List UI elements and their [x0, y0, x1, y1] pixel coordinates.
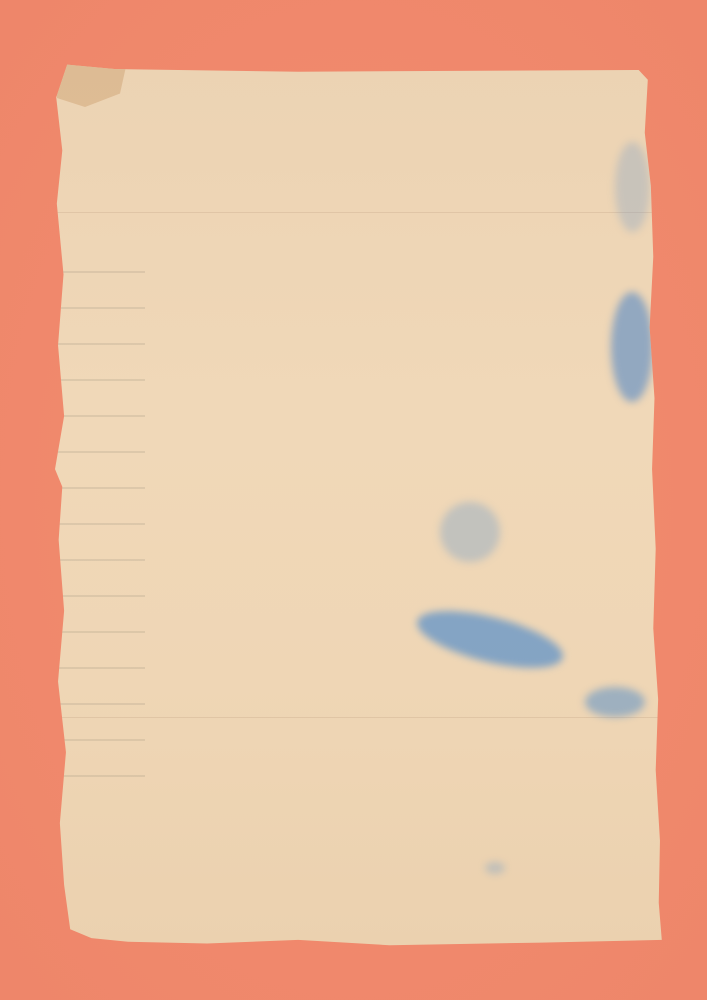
blue-ink-smear: [412, 600, 568, 680]
torn-paper-sheet: [55, 62, 663, 947]
fold-line: [55, 717, 663, 718]
blue-ink-stain-top-right: [615, 142, 650, 232]
blue-ink-stain-middle: [440, 502, 500, 562]
torn-corner-stain: [57, 62, 127, 107]
faded-ruled-strip: [55, 237, 145, 807]
blue-ink-speck-bottom: [485, 862, 505, 874]
blue-ink-stain-right: [611, 292, 653, 402]
background: [0, 0, 707, 1000]
blue-ink-speckle: [585, 687, 645, 717]
fold-line: [55, 212, 663, 213]
